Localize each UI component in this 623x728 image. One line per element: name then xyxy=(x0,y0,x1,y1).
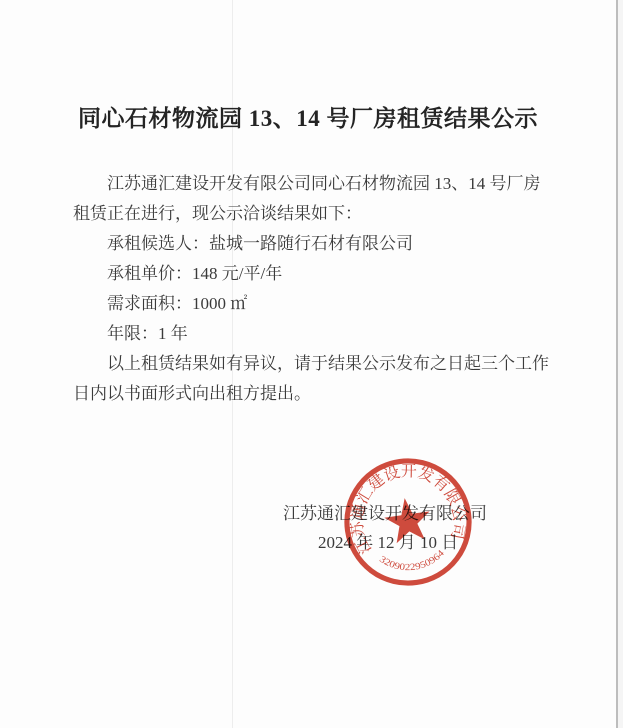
line-required-area: 需求面积：1000 ㎡ xyxy=(73,289,557,319)
notice-title: 同心石材物流园 13、14 号厂房租赁结果公示 xyxy=(0,100,616,133)
line-tenant-candidate: 承租候选人：盐城一路随行石材有限公司 xyxy=(73,229,557,259)
paragraph-objection: 以上租赁结果如有异议，请于结果公示发布之日起三个工作日内以书面形式向出租方提出。 xyxy=(73,349,557,409)
scanned-notice-page: 同心石材物流园 13、14 号厂房租赁结果公示 江苏通汇建设开发有限公司同心石材… xyxy=(0,0,623,728)
page-edge-strip xyxy=(616,0,623,728)
line-unit-price: 承租单价：148 元/平/年 xyxy=(73,259,557,289)
notice-body: 江苏通汇建设开发有限公司同心石材物流园 13、14 号厂房租赁正在进行，现公示洽… xyxy=(73,169,557,409)
line-lease-term: 年限：1 年 xyxy=(73,319,557,349)
official-seal: 江苏通汇建设开发有限公司 3209022950964 xyxy=(311,425,505,619)
paragraph-intro: 江苏通汇建设开发有限公司同心石材物流园 13、14 号厂房租赁正在进行，现公示洽… xyxy=(73,169,557,229)
seal-star-icon xyxy=(382,495,433,545)
